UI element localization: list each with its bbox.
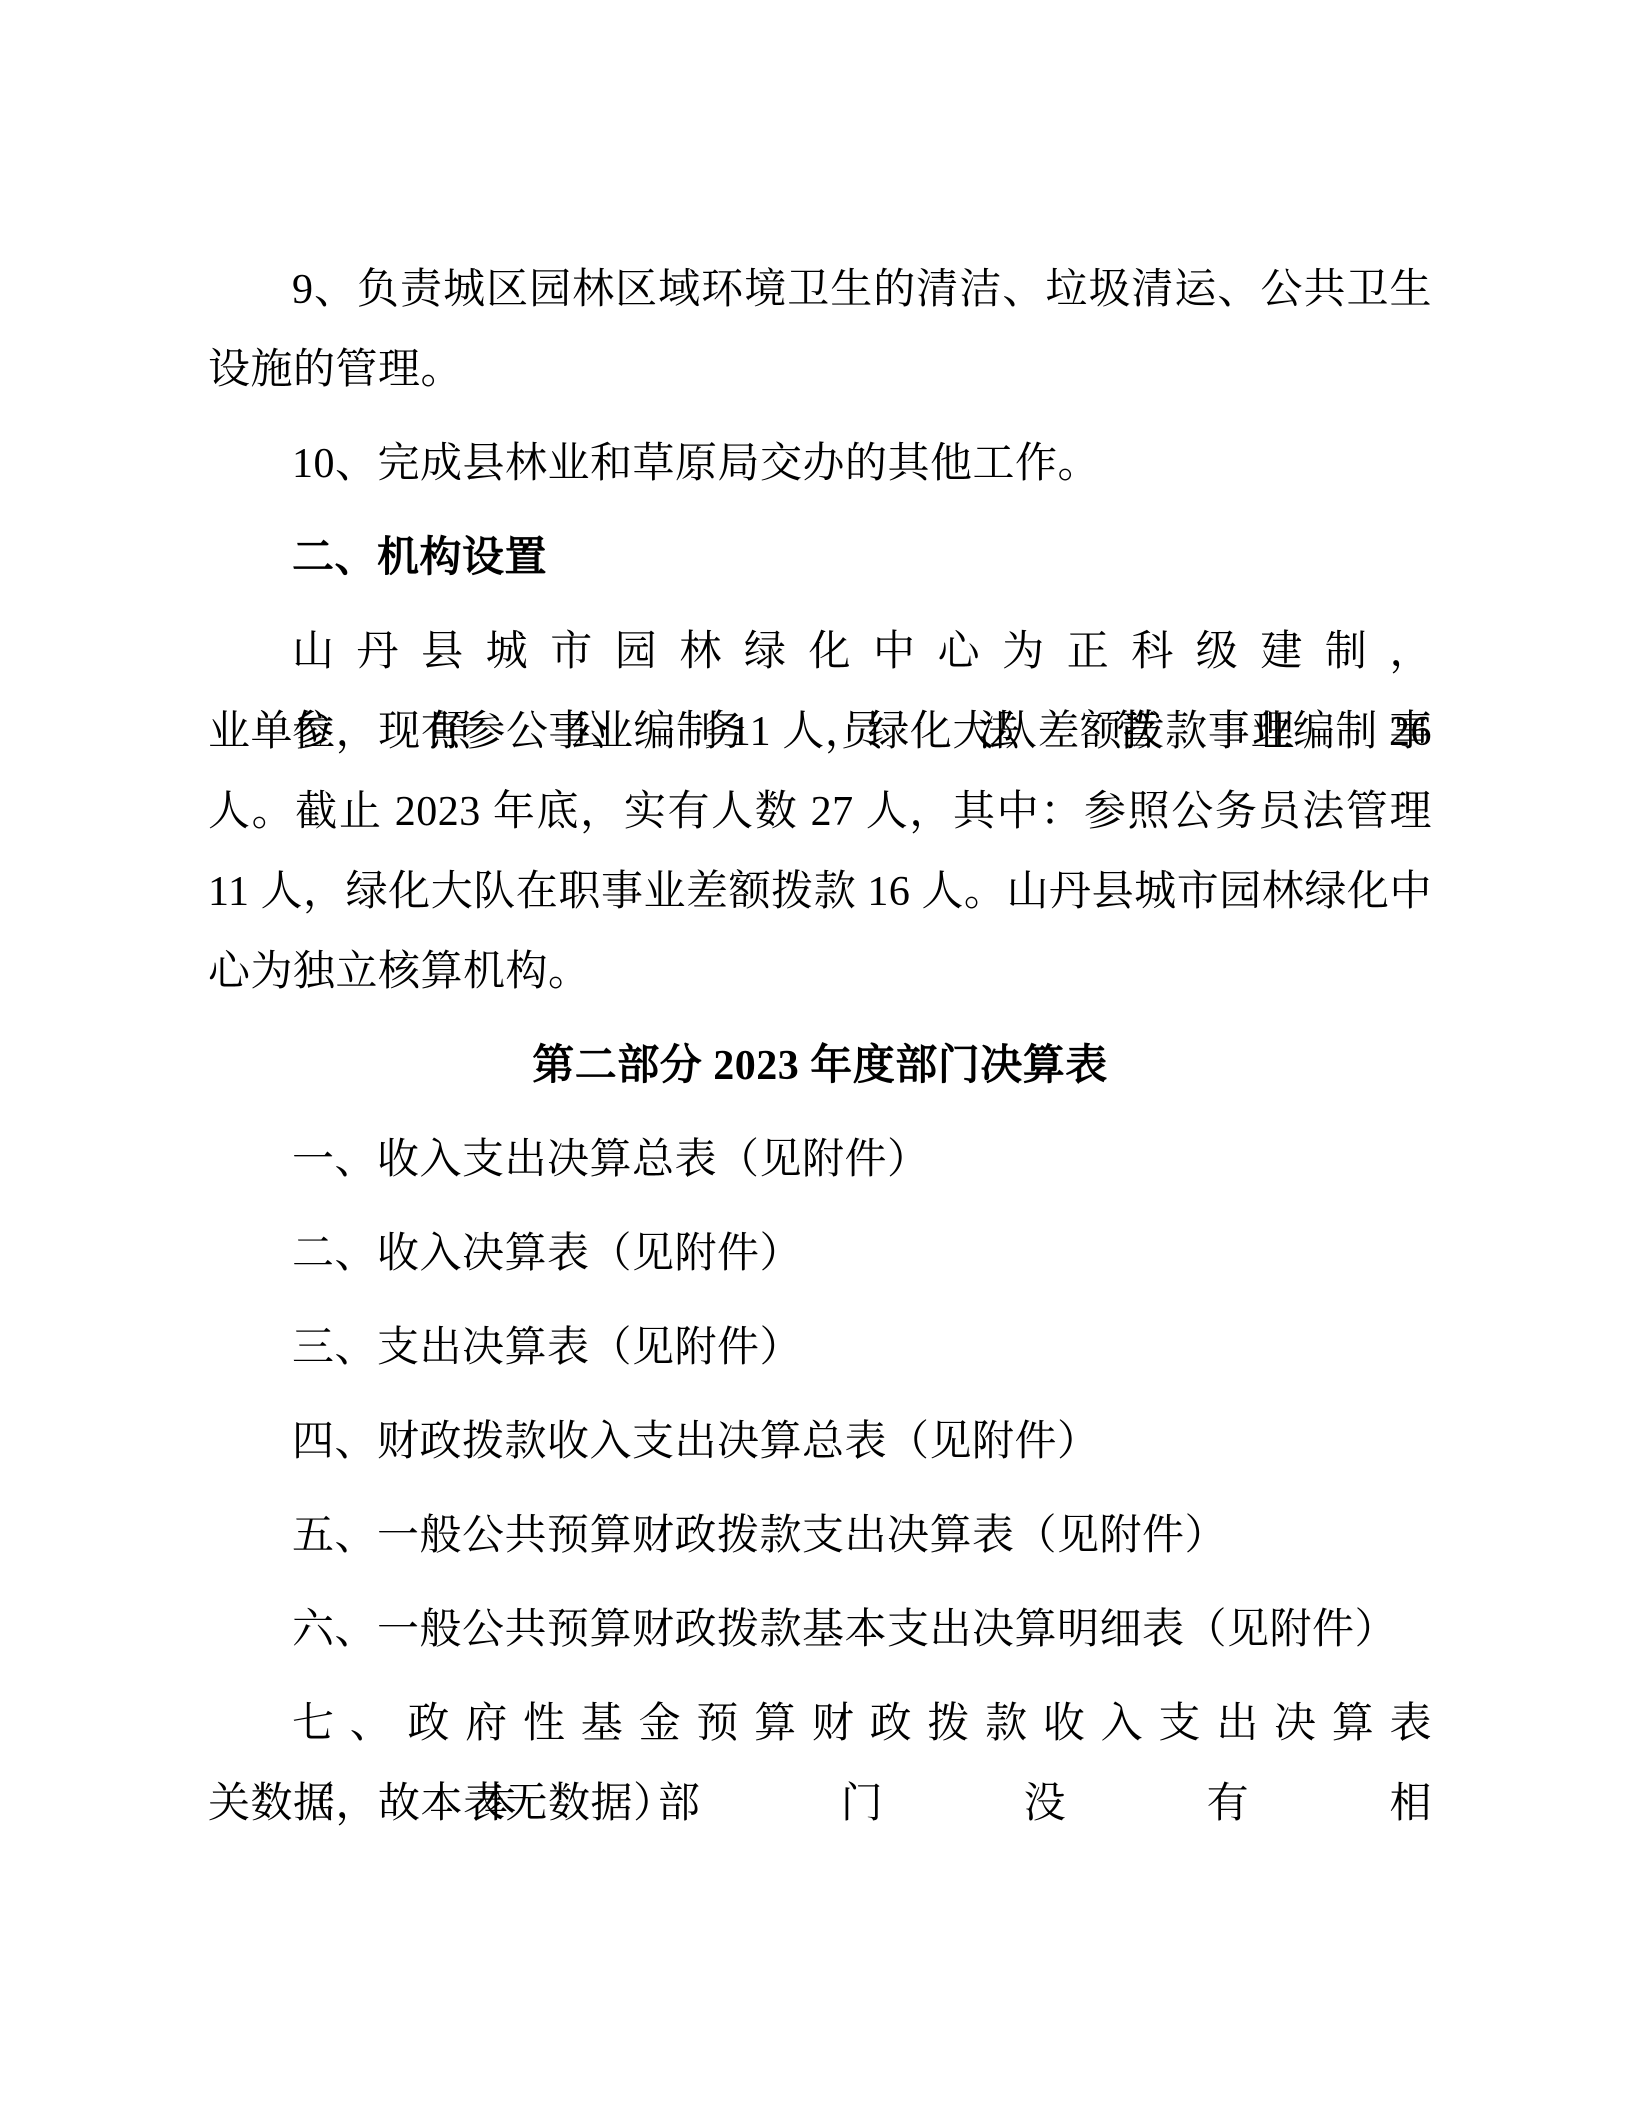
item-fiscal-appropriation-summary-table: 四、财政拨款收入支出决算总表（见附件）: [208, 1402, 1432, 1482]
para-org-line-3: 人。截止 2023 年底，实有人数 27 人，其中：参照公务员法管理: [208, 772, 1432, 852]
line-duty-9-part2: 设施的管理。: [208, 330, 1432, 410]
item-income-expense-summary-table: 一、收入支出决算总表（见附件）: [208, 1120, 1432, 1200]
line-duty-10: 10、完成县林业和草原局交办的其他工作。: [208, 424, 1432, 504]
item-income-table: 二、收入决算表（见附件）: [208, 1214, 1432, 1294]
para-org-line-1: 山丹县城市园林绿化中心为正科级建制，参照公务员法管理事: [208, 612, 1432, 692]
line-duty-9-part1: 9、负责城区园林区域环境卫生的清洁、垃圾清运、公共卫生: [208, 250, 1432, 330]
item-general-budget-expense-table: 五、一般公共预算财政拨款支出决算表（见附件）: [208, 1496, 1432, 1576]
item-gov-fund-table-part1: 七、政府性基金预算财政拨款收入支出决算表（本部门没有相: [208, 1684, 1432, 1764]
para-org-line-2: 业单位，现有参公事业编制 11 人，绿化大队差额拨款事业编制 26: [208, 692, 1432, 772]
item-expense-table: 三、支出决算表（见附件）: [208, 1308, 1432, 1388]
heading-part2-title: 第二部分 2023 年度部门决算表: [208, 1026, 1432, 1106]
para-org-line-5: 心为独立核算机构。: [208, 932, 1432, 1012]
document-page: 9、负责城区园林区域环境卫生的清洁、垃圾清运、公共卫生 设施的管理。 10、完成…: [0, 0, 1632, 2112]
heading-org-setup: 二、机构设置: [208, 518, 1432, 598]
para-org-line-4: 11 人，绿化大队在职事业差额拨款 16 人。山丹县城市园林绿化中: [208, 852, 1432, 932]
item-general-budget-basic-detail-table: 六、一般公共预算财政拨款基本支出决算明细表（见附件）: [208, 1590, 1432, 1670]
